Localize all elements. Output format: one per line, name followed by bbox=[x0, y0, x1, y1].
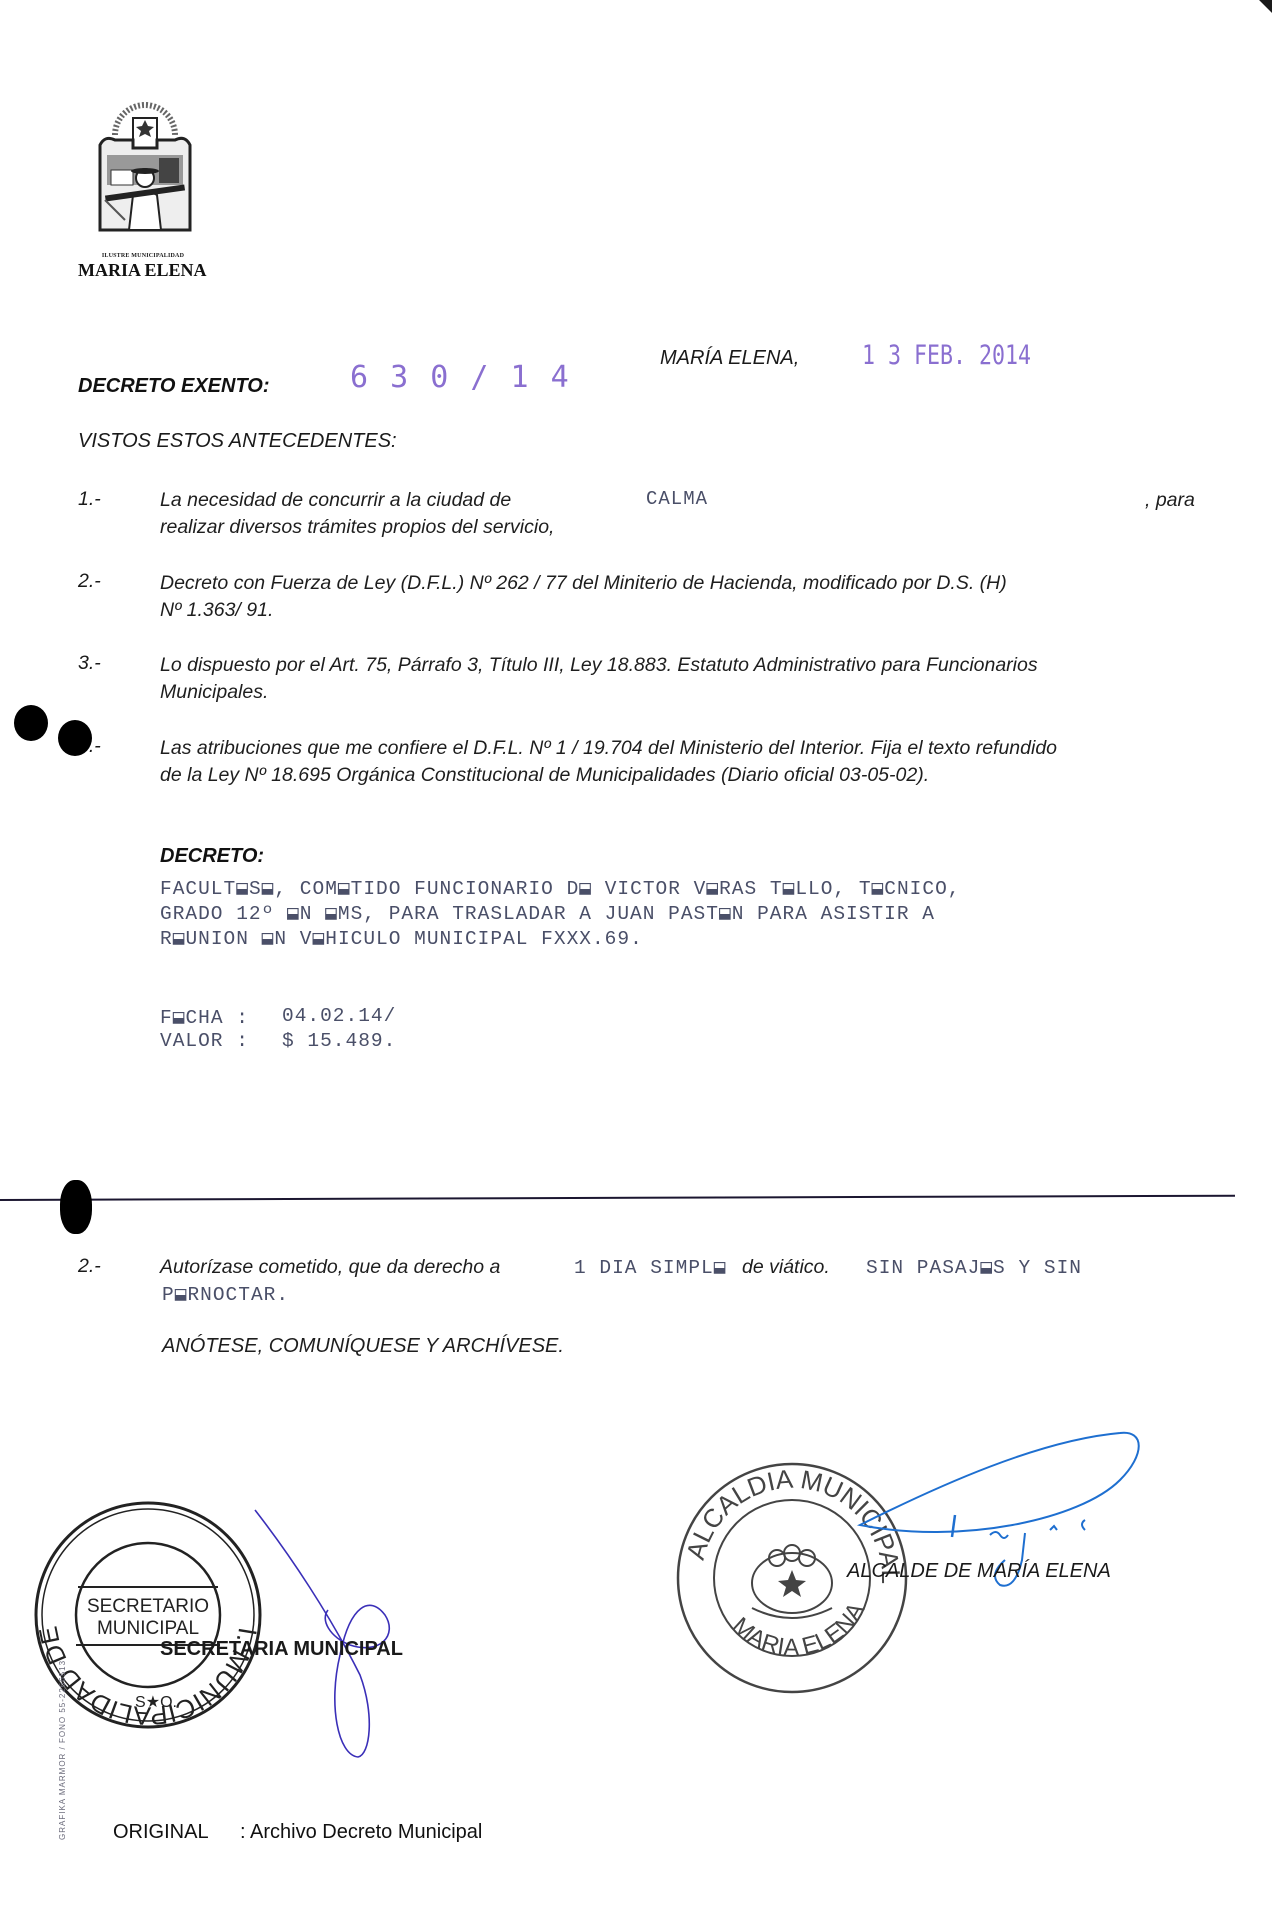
svg-text:MUNICIPAL: MUNICIPAL bbox=[97, 1618, 199, 1639]
autorizacion-text: Autorízase cometido, que da derecho a bbox=[160, 1254, 500, 1281]
svg-text:MARIA ELENA: MARIA ELENA bbox=[727, 1598, 871, 1661]
secretaria-signature bbox=[250, 1505, 410, 1765]
original-value: : Archivo Decreto Municipal bbox=[240, 1821, 482, 1844]
item-number: 3.- bbox=[78, 652, 101, 675]
item-number: 1.- bbox=[78, 488, 101, 511]
svg-text:S★O.: S★O. bbox=[135, 1694, 177, 1711]
decreto-typed-line-1: FACULT⬓S⬓, COM⬓TIDO FUNCIONARIO D⬓ VICTO… bbox=[160, 877, 961, 902]
vistos-item-2-line1: Decreto con Fuerza de Ley (D.F.L.) Nº 26… bbox=[160, 570, 1007, 597]
original-label: ORIGINAL bbox=[113, 1821, 209, 1844]
valor-value: $ 15.489. bbox=[282, 1030, 396, 1052]
vistos-item-4-line1: Las atribuciones que me confiere el D.F.… bbox=[160, 735, 1057, 762]
fecha-value: 04.02.14/ bbox=[282, 1005, 396, 1027]
punch-hole bbox=[14, 705, 48, 741]
vistos-item-1-line1: La necesidad de concurrir a la ciudad de bbox=[160, 487, 511, 514]
autorizacion-viatico: de viático. bbox=[742, 1254, 830, 1281]
decreto-heading: DECRETO: bbox=[160, 845, 264, 868]
item-number: 2.- bbox=[78, 1255, 101, 1278]
valor-label: VALOR : bbox=[160, 1030, 249, 1052]
vistos-item-4-line2: de la Ley Nº 18.695 Orgánica Constitucio… bbox=[160, 762, 929, 789]
secretaria-caption: SECRETARIA MUNICIPAL bbox=[160, 1638, 403, 1661]
vistos-item-1-suffix: , para bbox=[1145, 487, 1195, 514]
alcalde-caption: ALCALDE DE MARÍA ELENA bbox=[847, 1560, 1111, 1583]
closing-formula: ANÓTESE, COMUNÍQUESE Y ARCHÍVESE. bbox=[162, 1333, 564, 1360]
svg-text:SECRETARIO: SECRETARIO bbox=[87, 1596, 209, 1617]
fecha-label: F⬓CHA : bbox=[160, 1005, 249, 1029]
vistos-item-1-line2: realizar diversos trámites propios del s… bbox=[160, 514, 554, 541]
vistos-heading: VISTOS ESTOS ANTECEDENTES: bbox=[78, 430, 397, 453]
punch-hole bbox=[58, 720, 92, 756]
decreto-typed-line-2: GRADO 12º ⬓N ⬓MS, PARA TRASLADAR A JUAN … bbox=[160, 902, 935, 927]
vistos-item-3-line2: Municipales. bbox=[160, 679, 268, 706]
vistos-item-3-line1: Lo dispuesto por el Art. 75, Párrafo 3, … bbox=[160, 652, 1038, 679]
page-corner-curl bbox=[1232, 0, 1272, 30]
vistos-item-2-line2: Nº 1.363/ 91. bbox=[160, 597, 273, 624]
item-number: 2.- bbox=[78, 570, 101, 593]
fold-line-divider bbox=[0, 1195, 1235, 1201]
typed-note: SIN PASAJ⬓S Y SIN bbox=[866, 1255, 1082, 1279]
municipality-small-label: ILUSTRE MUNICIPALIDAD bbox=[78, 253, 208, 259]
punch-hole bbox=[60, 1180, 92, 1234]
printer-note: GRAFIKA MARMOR / FONO 55-2266513 bbox=[58, 1660, 67, 1840]
decree-place: MARÍA ELENA, bbox=[660, 347, 799, 370]
typed-days: 1 DIA SIMPL⬓ bbox=[574, 1255, 726, 1279]
typed-city: CALMA bbox=[646, 488, 708, 510]
decree-label: DECRETO EXENTO: bbox=[78, 375, 270, 398]
municipal-coat-of-arms-icon bbox=[95, 100, 195, 240]
municipality-name: MARIA ELENA bbox=[78, 260, 218, 281]
decreto-typed-line-3: R⬓UNION ⬓N V⬓HICULO MUNICIPAL FXXX.69. bbox=[160, 927, 643, 952]
typed-note-line2: P⬓RNOCTAR. bbox=[162, 1282, 289, 1306]
decree-date-stamp: 1 3 FEB. 2014 bbox=[862, 340, 1031, 371]
decree-number-stamp: 6 3 0 / 1 4 bbox=[350, 360, 571, 395]
